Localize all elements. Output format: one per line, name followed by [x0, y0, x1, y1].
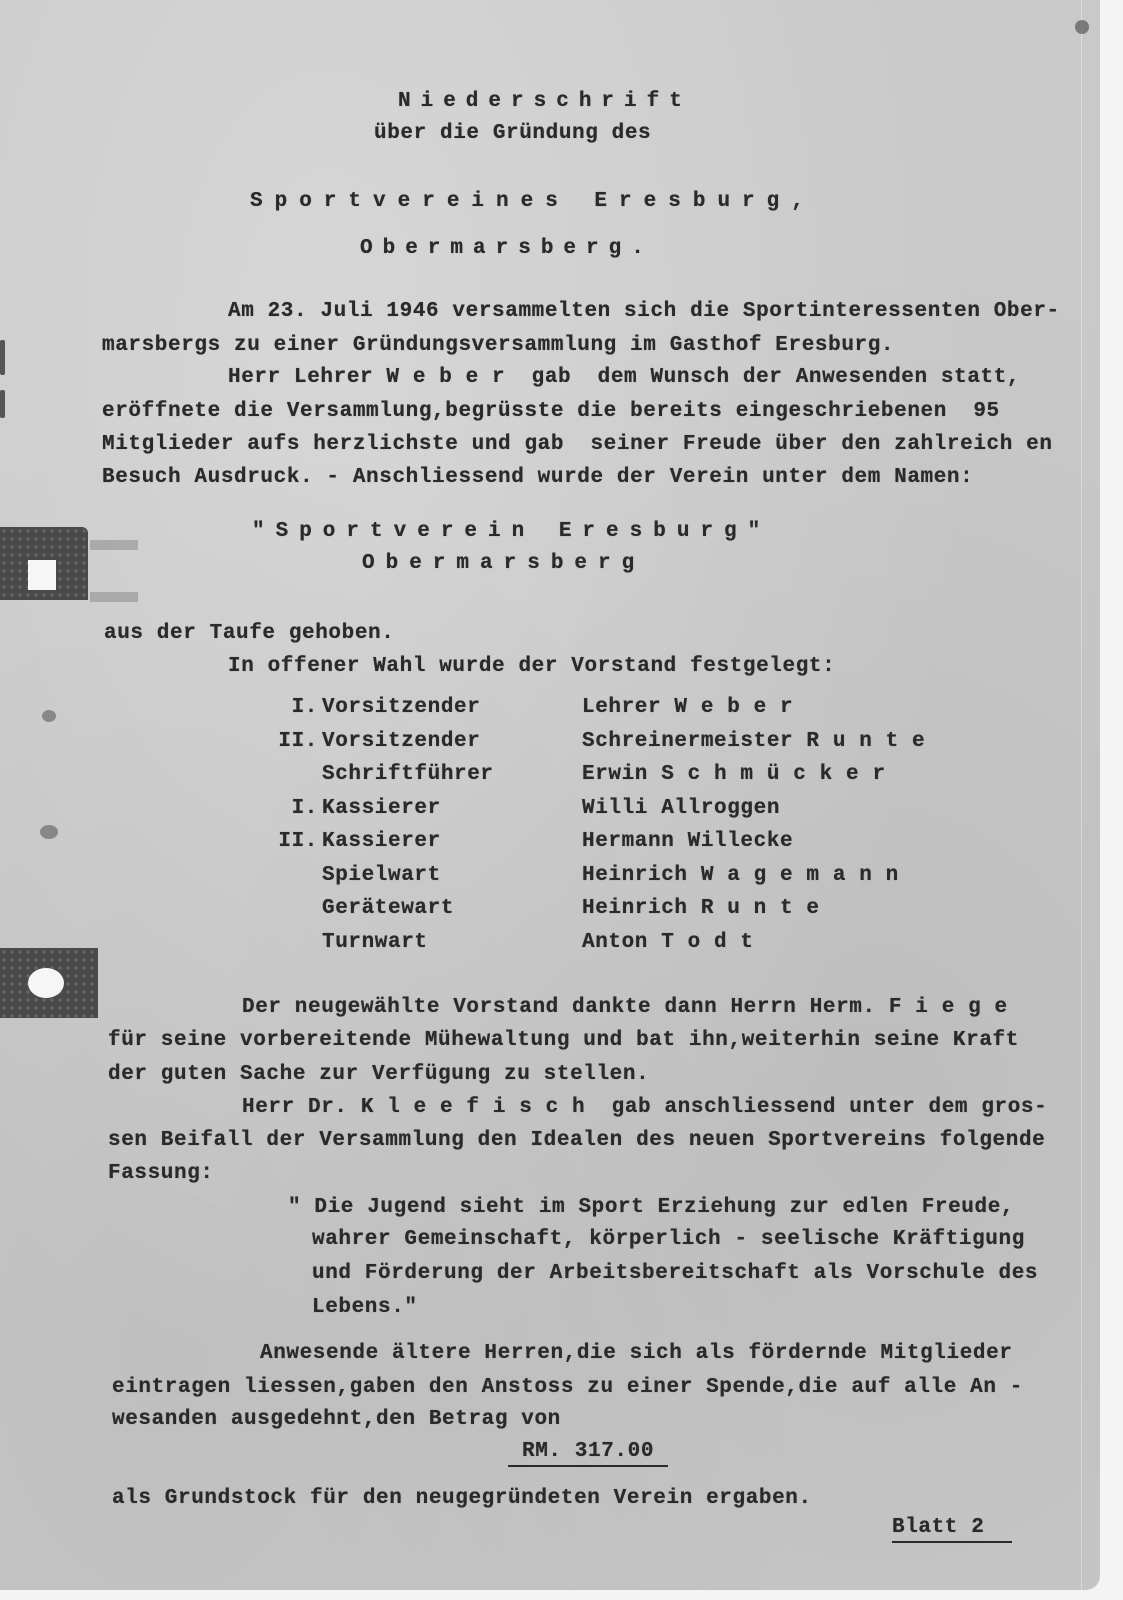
- speck: [42, 710, 56, 722]
- board-rank: I.: [292, 797, 318, 820]
- body-line: Besuch Ausdruck. - Anschliessend wurde d…: [102, 466, 973, 489]
- board-member-name: Lehrer W e b e r: [582, 696, 793, 719]
- motto-line: Lebens.": [312, 1296, 418, 1319]
- board-member-name: Anton T o d t: [582, 931, 754, 954]
- board-role: Turnwart: [322, 931, 428, 954]
- body-line: Fassung:: [108, 1162, 214, 1185]
- title-line: über die Gründung des: [374, 122, 651, 145]
- body-line: In offener Wahl wurde der Vorstand festg…: [228, 655, 835, 678]
- donation-amount: RM. 317.00: [508, 1440, 668, 1467]
- board-rank: I.: [292, 696, 318, 719]
- motto-line: wahrer Gemeinschaft, körperlich - seelis…: [312, 1228, 1025, 1251]
- body-line: Der neugewählte Vorstand dankte dann Her…: [242, 996, 1008, 1019]
- document-page: Niederschrift über die Gründung des Spor…: [0, 0, 1100, 1590]
- body-line: Herr Dr. K l e e f i s c h gab anschlies…: [242, 1096, 1047, 1119]
- board-role: Schriftführer: [322, 763, 494, 786]
- title-club-line: Sportvereines Eresburg,: [250, 190, 816, 213]
- board-rank: II.: [278, 730, 318, 753]
- speck: [1075, 20, 1089, 34]
- body-line: wesanden ausgedehnt,den Betrag von: [112, 1408, 561, 1431]
- title-town-line: Obermarsberg.: [360, 237, 654, 260]
- closing-line: als Grundstock für den neugegründeten Ve…: [112, 1487, 812, 1510]
- body-line: marsbergs zu einer Gründungsversammlung …: [102, 334, 894, 357]
- body-line: der guten Sache zur Verfügung zu stellen…: [108, 1063, 649, 1086]
- board-member-name: Hermann Willecke: [582, 830, 793, 853]
- title-line: Niederschrift: [398, 90, 692, 113]
- board-member-name: Heinrich R u n t e: [582, 897, 820, 920]
- edge-mark: [0, 390, 5, 418]
- tab-imprint: [90, 592, 138, 602]
- board-role: Spielwart: [322, 864, 441, 887]
- board-role: Vorsitzender: [322, 730, 480, 753]
- speck: [40, 825, 58, 839]
- punch-hole-lower: [28, 968, 64, 998]
- page-edge-line: [1081, 0, 1082, 1590]
- motto-line: " Die Jugend sieht im Sport Erziehung zu…: [288, 1196, 1014, 1219]
- board-member-name: Erwin S c h m ü c k e r: [582, 763, 886, 786]
- motto-line: und Förderung der Arbeitsbereitschaft al…: [312, 1262, 1038, 1285]
- body-line: Anwesende ältere Herren,die sich als för…: [260, 1342, 1013, 1365]
- edge-mark: [0, 340, 5, 375]
- board-role: Kassierer: [322, 830, 441, 853]
- tab-imprint: [90, 540, 138, 550]
- punch-hole-upper: [28, 560, 56, 590]
- body-line: aus der Taufe gehoben.: [104, 622, 394, 645]
- body-line: eintragen liessen,gaben den Anstoss zu e…: [112, 1376, 1023, 1399]
- body-line: sen Beifall der Versammlung den Idealen …: [108, 1129, 1045, 1152]
- body-line: Am 23. Juli 1946 versammelten sich die S…: [228, 300, 1060, 323]
- board-role: Gerätewart: [322, 897, 454, 920]
- body-line: für seine vorbereitende Mühewaltung und …: [108, 1029, 1019, 1052]
- page-label: Blatt 2: [892, 1516, 1012, 1543]
- board-rank: II.: [278, 830, 318, 853]
- club-town: Obermarsberg: [362, 552, 645, 575]
- body-line: Herr Lehrer W e b e r gab dem Wunsch der…: [228, 366, 1020, 389]
- club-name: "Sportverein Eresburg": [252, 520, 771, 543]
- board-role: Vorsitzender: [322, 696, 480, 719]
- board-member-name: Heinrich W a g e m a n n: [582, 864, 899, 887]
- body-line: Mitglieder aufs herzlichste und gab sein…: [102, 433, 1053, 456]
- board-member-name: Willi Allroggen: [582, 797, 780, 820]
- body-line: eröffnete die Versammlung,begrüsste die …: [102, 400, 1000, 423]
- board-role: Kassierer: [322, 797, 441, 820]
- board-member-name: Schreinermeister R u n t e: [582, 730, 925, 753]
